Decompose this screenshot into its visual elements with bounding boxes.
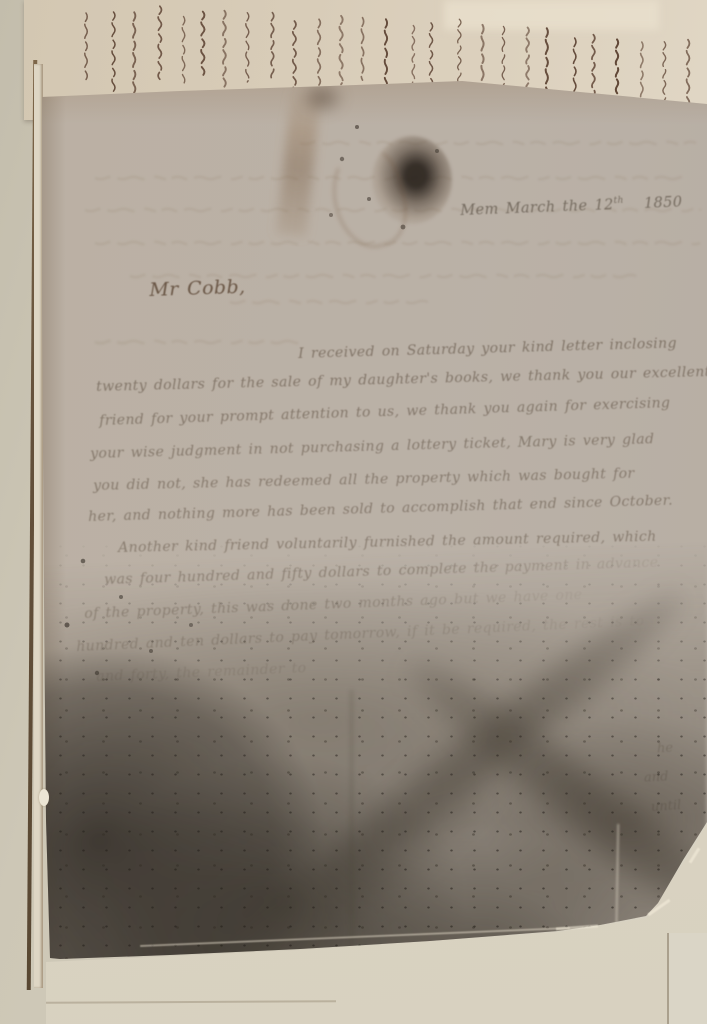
torn-chip: [39, 789, 49, 806]
letter-photograph: Mem March the 12th1850 Mr Cobb, I receiv…: [0, 0, 707, 1024]
page-stack-edge-cream: [34, 64, 43, 988]
letter-page: Mem March the 12th1850 Mr Cobb, I receiv…: [0, 0, 707, 1024]
crease: [350, 690, 353, 958]
soot-speckles: [0, 0, 707, 1024]
backdrop-corner: [667, 933, 707, 1024]
speck-dots: [0, 0, 2, 2]
